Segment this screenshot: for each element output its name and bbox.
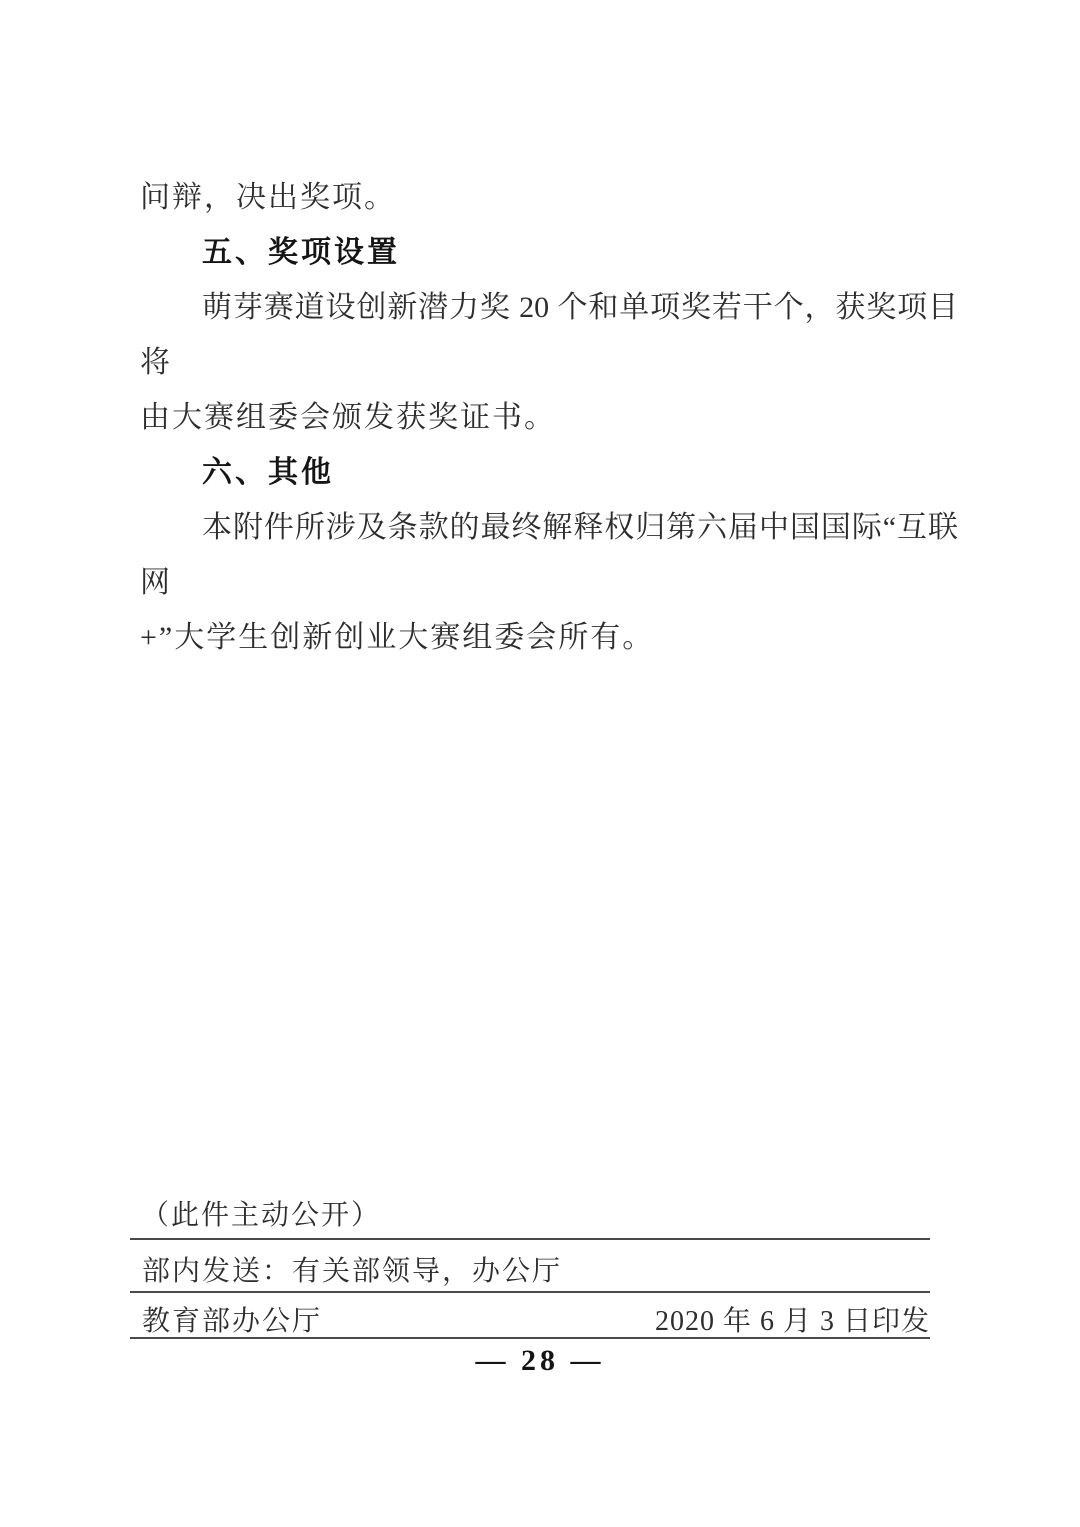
issuing-office: 教育部办公厅	[142, 1299, 322, 1339]
section-6-body-line-2: +”大学生创新创业大赛组委会所有。	[140, 610, 958, 665]
section-6-heading: 六、其他	[140, 445, 958, 500]
distribution-line: 部内发送：有关部领导，办公厅	[142, 1249, 562, 1289]
disclosure-note: （此件主动公开）	[141, 1193, 381, 1233]
footer-divider-middle	[130, 1291, 930, 1293]
paragraph-continuation-line: 问辩，决出奖项。	[140, 170, 958, 225]
page-number: — 28 —	[0, 1344, 1080, 1378]
footer-divider-bottom	[130, 1337, 930, 1339]
footer-divider-top	[130, 1238, 930, 1240]
print-date: 2020 年 6 月 3 日印发	[655, 1299, 930, 1339]
document-body: 问辩，决出奖项。 五、奖项设置 萌芽赛道设创新潜力奖 20 个和单项奖若干个，获…	[140, 170, 958, 665]
section-5-body-line-2: 由大赛组委会颁发获奖证书。	[140, 390, 958, 445]
document-page: 问辩，决出奖项。 五、奖项设置 萌芽赛道设创新潜力奖 20 个和单项奖若干个，获…	[0, 0, 1080, 1527]
section-5-body-line-1: 萌芽赛道设创新潜力奖 20 个和单项奖若干个，获奖项目将	[140, 280, 958, 390]
issuer-row: 教育部办公厅 2020 年 6 月 3 日印发	[142, 1299, 930, 1339]
section-6-body-line-1: 本附件所涉及条款的最终解释权归第六届中国国际“互联网	[140, 500, 958, 610]
section-5-heading: 五、奖项设置	[140, 225, 958, 280]
